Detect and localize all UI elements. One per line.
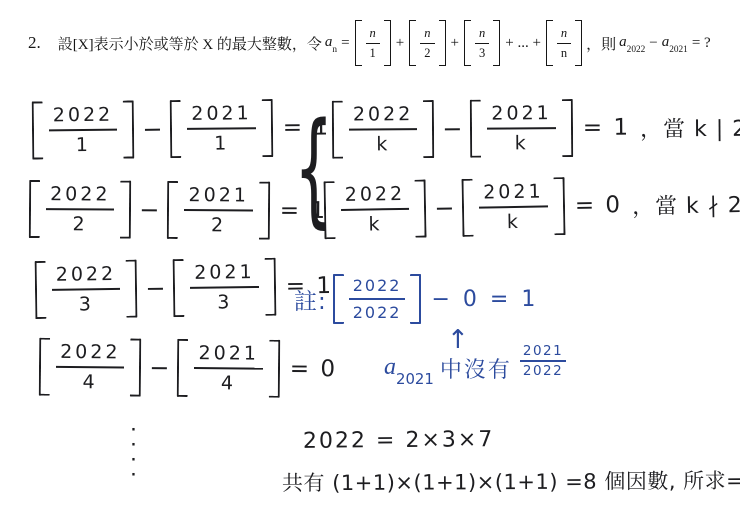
note-equation-rest: − 0 = 1 [431, 287, 538, 312]
fraction-stack: 2022 k [343, 100, 424, 159]
problem-number: 2. [28, 33, 41, 53]
right-square-bracket [553, 177, 565, 235]
fraction-stack: n 2 [416, 20, 438, 66]
fraction-stack: n 3 [471, 20, 493, 66]
floor-bracket-fraction: 2021 3 [173, 258, 276, 317]
floor-bracket-fraction: 2022 k [324, 180, 427, 240]
left-square-bracket [167, 181, 178, 239]
numerator: 2022 [341, 183, 410, 211]
floor-bracket-fraction: 2021 k [470, 99, 573, 158]
numerator: 2021 [479, 180, 548, 208]
left-square-bracket [173, 259, 185, 317]
left-square-bracket [39, 338, 51, 396]
plus-sign: + [395, 35, 405, 52]
floor-bracket-fraction: 2022 3 [35, 260, 138, 319]
a-2021-variable: a2021 [384, 352, 434, 384]
numerator: 2022 [349, 103, 418, 130]
right-square-bracket [423, 100, 434, 158]
numerator: 2022 [349, 276, 406, 300]
right-square-bracket [493, 20, 500, 66]
left-square-bracket [470, 100, 481, 158]
left-square-bracket [546, 20, 553, 66]
numerator: 2021 [184, 184, 253, 211]
numerator: 2021 [520, 343, 566, 362]
problem-outro-text: ，則 [586, 33, 616, 54]
equals-question: = ? [691, 35, 712, 52]
numerator: 2021 [487, 102, 556, 129]
denominator: 3 [479, 44, 485, 61]
left-square-bracket [333, 274, 344, 324]
denominator: n [561, 44, 567, 61]
left-square-bracket [35, 261, 47, 319]
denominator: 2022 [523, 362, 563, 379]
denominator: 4 [82, 368, 97, 393]
denominator: 4 [221, 369, 236, 394]
fraction-stack: 2021 3 [184, 258, 265, 317]
right-square-bracket [439, 20, 446, 66]
left-square-bracket [409, 20, 416, 66]
floor-bracket-fraction: 2022 2022 [333, 274, 422, 324]
numerator: n [557, 26, 571, 44]
variable-base: a [384, 354, 396, 380]
divisor-count-conclusion: 共有 (1+1)×(1+1)×(1+1) =8 個因數, 所求=8 [282, 465, 740, 497]
floor-bracket-fraction: 2022 1 [32, 100, 135, 159]
minus-sign: − [648, 35, 658, 52]
numerator: n [420, 26, 434, 44]
variable-subscript: n [332, 45, 337, 55]
floor-bracket-fraction: 2021 4 [177, 339, 280, 398]
left-square-bracket [29, 180, 40, 238]
a-2022-variable: a2022 [619, 34, 645, 53]
floor-difference-equation-3: 2022 3 − 2021 3 = 1 [33, 257, 334, 319]
floor-difference-equation-1: 2022 1 − 2021 1 = 1 [30, 98, 331, 159]
fraction-stack: 2022 2 [40, 180, 121, 239]
right-square-bracket [384, 20, 391, 66]
variable-subscript: 2021 [396, 370, 434, 388]
denominator: 2022 [353, 300, 402, 322]
floor-bracket-fraction: 2022 k [332, 100, 435, 159]
right-square-bracket [130, 339, 142, 397]
denominator: k [507, 208, 521, 233]
left-square-bracket [32, 101, 44, 159]
right-square-bracket [415, 180, 427, 238]
denominator: 3 [79, 290, 94, 315]
left-square-bracket [464, 20, 471, 66]
numerator: 2021 [190, 261, 259, 289]
case-equation-divides: 2022 k − 2021 k = 1 ，當 k | 2022 時 [330, 97, 740, 158]
a-2021-variable: a2021 [662, 34, 688, 53]
numerator: n [475, 26, 489, 44]
fraction-stack: n n [553, 20, 575, 66]
right-square-bracket [126, 260, 138, 318]
floor-bracket-fraction: 2021 2 [167, 181, 270, 240]
floor-bracket-fraction: n 3 [464, 20, 500, 66]
denominator: 1 [214, 129, 229, 154]
note-explanation: a2021 中沒有 2021 2022 [384, 350, 566, 386]
equals-sign: = [340, 35, 350, 52]
case-equation-not-divides: 2022 k − 2021 k = 0 ，當 k ∤ 2022 時 [322, 173, 740, 240]
problem-intro-text: 設[X]表示小於或等於 X 的最大整數，令 [58, 33, 322, 54]
numerator: n [366, 26, 380, 44]
minus-sign: − [133, 196, 165, 224]
floor-bracket-fraction: n n [546, 20, 582, 66]
right-square-bracket [262, 99, 274, 157]
floor-bracket-fraction: 2022 2 [29, 180, 132, 239]
note-label: 註: [294, 283, 327, 316]
left-square-bracket [332, 101, 343, 159]
worksheet-page: 2. 設[X]表示小於或等於 X 的最大整數，令 an = n 1 + n 2 … [0, 0, 740, 522]
prime-factorization: 2022 = 2×3×7 [303, 427, 494, 454]
minus-sign: − [143, 354, 175, 382]
denominator: 1 [76, 131, 91, 156]
denominator: k [368, 210, 382, 235]
minus-sign: − [428, 194, 461, 223]
right-square-bracket [575, 20, 582, 66]
floor-bracket-fraction: 2021 k [462, 177, 565, 237]
minus-sign: − [436, 115, 468, 143]
note-text: 中沒有 [440, 353, 512, 384]
right-square-bracket [562, 99, 573, 157]
denominator: 2 [72, 210, 87, 235]
divisibility-condition: ，當 k | 2022 時 [640, 111, 740, 143]
fraction-stack: 2022 1 [43, 101, 124, 160]
denominator: 2 [211, 211, 226, 236]
fraction-stack: 2021 4 [188, 339, 269, 398]
right-square-bracket [123, 100, 135, 158]
denominator: 3 [217, 288, 232, 313]
equation-result: = 0 [575, 192, 623, 219]
floor-difference-equation-4: 2022 4 − 2021 4 = 0 [37, 338, 338, 399]
right-square-bracket [259, 182, 270, 240]
fraction-stack: 2022 4 [50, 338, 131, 397]
plus-ellipsis: + ... + [504, 35, 542, 52]
divisibility-condition: ，當 k ∤ 2022 時 [632, 186, 740, 220]
variable-base: a [619, 34, 627, 50]
left-square-bracket [170, 100, 182, 158]
equation-result: = 0 [290, 356, 337, 382]
plain-fraction: 2021 2022 [520, 343, 566, 379]
variable-subscript: 2022 [627, 45, 646, 55]
right-square-bracket [264, 258, 276, 316]
denominator: k [515, 129, 529, 154]
floor-bracket-fraction: n 2 [409, 20, 445, 66]
variable-subscript: 2021 [669, 45, 688, 55]
floor-bracket-fraction: n 1 [355, 20, 391, 66]
fraction-stack: n 1 [362, 20, 384, 66]
denominator: 2 [424, 44, 430, 61]
left-square-bracket [177, 339, 189, 397]
minus-sign: − [139, 274, 171, 302]
fraction-stack: 2022 2022 [344, 274, 411, 324]
note-line: 註: 2022 2022 − 0 = 1 [294, 274, 538, 324]
right-square-bracket [410, 274, 421, 324]
fraction-stack: 2021 k [481, 99, 562, 158]
numerator: 2022 [46, 183, 115, 210]
vertical-ellipsis: · · · · [131, 423, 136, 483]
numerator: 2022 [49, 104, 118, 132]
numerator: 2021 [194, 342, 263, 370]
numerator: 2022 [52, 263, 121, 291]
denominator: k [376, 130, 390, 155]
left-square-bracket [355, 20, 362, 66]
fraction-stack: 2021 k [473, 177, 554, 236]
floor-bracket-fraction: 2021 1 [170, 99, 273, 158]
floor-bracket-fraction: 2022 4 [39, 338, 142, 397]
plus-sign: + [450, 35, 460, 52]
numerator: 2022 [56, 341, 125, 369]
equation-result: = 1 [583, 115, 630, 141]
right-square-bracket [120, 181, 131, 239]
minus-sign: − [136, 115, 168, 143]
denominator: 1 [370, 44, 376, 61]
fraction-stack: 2022 3 [46, 260, 127, 319]
fraction-stack: 2022 k [335, 180, 416, 239]
fraction-stack: 2021 2 [178, 181, 259, 240]
a-n-variable: an [325, 34, 337, 53]
problem-statement: 2. 設[X]表示小於或等於 X 的最大整數，令 an = n 1 + n 2 … [28, 12, 734, 74]
fraction-stack: 2021 1 [181, 99, 262, 158]
right-square-bracket [269, 340, 281, 398]
numerator: 2021 [187, 102, 256, 130]
floor-difference-equation-2: 2022 2 − 2021 2 = 1 [27, 180, 327, 240]
